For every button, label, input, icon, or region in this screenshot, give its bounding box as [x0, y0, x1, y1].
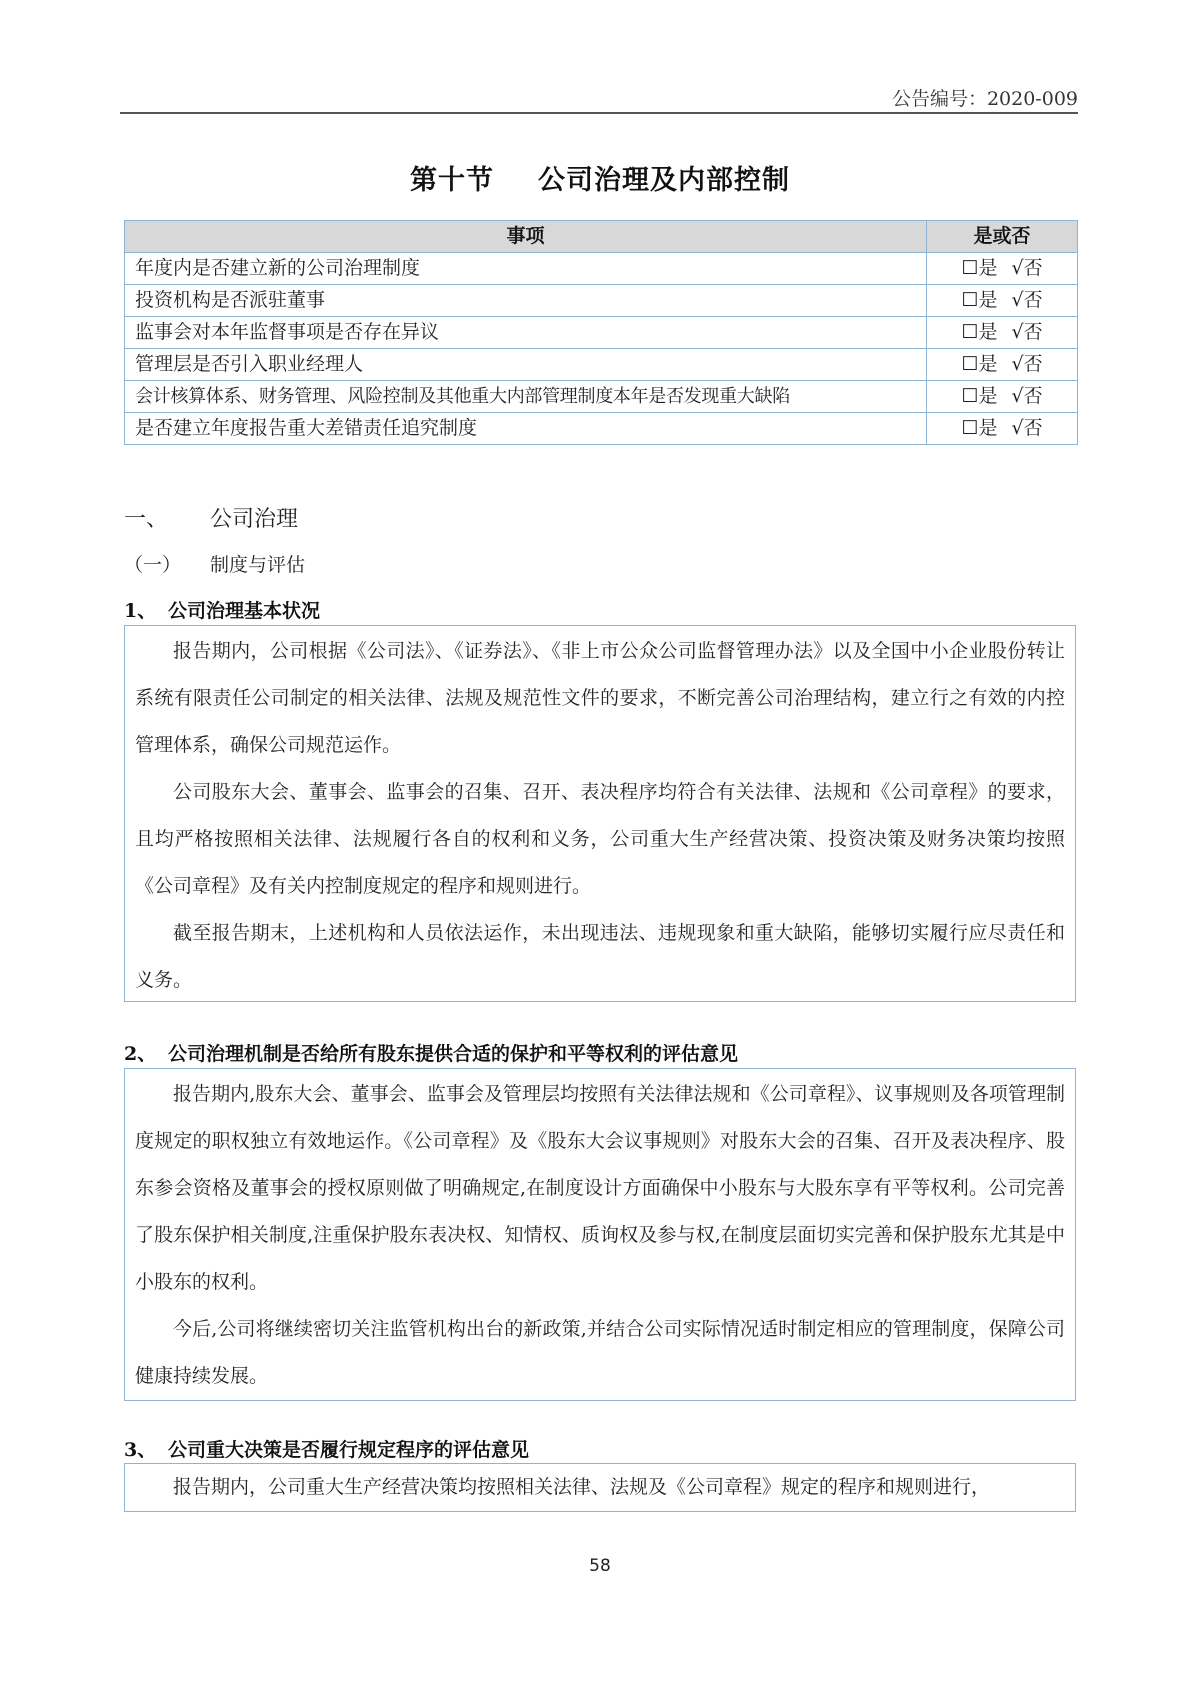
checkbox-yes-unchecked: ☐是: [961, 253, 997, 284]
checkmark-no-selected: √否: [1011, 285, 1042, 316]
row-item: 投资机构是否派驻董事: [125, 285, 927, 317]
item-number: 2、: [124, 1039, 168, 1066]
checkbox-yes-unchecked: ☐是: [961, 349, 997, 380]
row-item: 会计核算体系、财务管理、风险控制及其他重大内部管理制度本年是否发现重大缺陷: [125, 381, 927, 413]
item-title: 公司治理基本状况: [168, 600, 320, 622]
item-heading-1: 1、公司治理基本状况: [124, 596, 320, 623]
paragraph: 报告期内，公司根据《公司法》、《证券法》、《非上市公众公司监督管理办法》以及全国…: [135, 628, 1065, 769]
row-answer: ☐是√否: [927, 253, 1078, 285]
column-header-yes-no: 是或否: [927, 221, 1078, 253]
checkmark-no-selected: √否: [1011, 381, 1042, 412]
paragraph: 报告期内,股东大会、董事会、监事会及管理层均按照有关法律法规和《公司章程》、议事…: [135, 1071, 1065, 1306]
checkbox-yes-unchecked: ☐是: [961, 413, 997, 444]
item-2-content-box: 报告期内,股东大会、董事会、监事会及管理层均按照有关法律法规和《公司章程》、议事…: [124, 1068, 1076, 1401]
section-heading-number: 一、: [124, 502, 210, 533]
checkmark-no-selected: √否: [1011, 349, 1042, 380]
item-heading-2: 2、公司治理机制是否给所有股东提供合适的保护和平等权利的评估意见: [124, 1039, 738, 1066]
page-number: 58: [0, 1556, 1200, 1576]
paragraph: 公司股东大会、董事会、监事会的召集、召开、表决程序均符合有关法律、法规和《公司章…: [135, 769, 1065, 910]
governance-summary-table: 事项 是或否 年度内是否建立新的公司治理制度 ☐是√否 投资机构是否派驻董事 ☐…: [124, 220, 1078, 445]
row-item: 监事会对本年监督事项是否存在异议: [125, 317, 927, 349]
table-row: 管理层是否引入职业经理人 ☐是√否: [125, 349, 1078, 381]
checkbox-yes-unchecked: ☐是: [961, 285, 997, 316]
row-item: 年度内是否建立新的公司治理制度: [125, 253, 927, 285]
item-3-content-box: 报告期内，公司重大生产经营决策均按照相关法律、法规及《公司章程》规定的程序和规则…: [124, 1463, 1076, 1512]
item-1-content-box: 报告期内，公司根据《公司法》、《证券法》、《非上市公众公司监督管理办法》以及全国…: [124, 625, 1076, 1002]
item-title: 公司重大决策是否履行规定程序的评估意见: [168, 1439, 529, 1461]
table-row: 是否建立年度报告重大差错责任追究制度 ☐是√否: [125, 413, 1078, 445]
section-name: 公司治理及内部控制: [538, 165, 790, 196]
row-item: 是否建立年度报告重大差错责任追究制度: [125, 413, 927, 445]
row-answer: ☐是√否: [927, 349, 1078, 381]
page-title: 第十节公司治理及内部控制: [0, 158, 1200, 197]
subsection-heading-number: （一）: [124, 550, 210, 577]
row-answer: ☐是√否: [927, 413, 1078, 445]
section-heading-title: 公司治理: [210, 507, 298, 532]
table-row: 年度内是否建立新的公司治理制度 ☐是√否: [125, 253, 1078, 285]
item-heading-3: 3、公司重大决策是否履行规定程序的评估意见: [124, 1435, 529, 1462]
item-number: 1、: [124, 596, 168, 623]
checkbox-yes-unchecked: ☐是: [961, 381, 997, 412]
checkmark-no-selected: √否: [1011, 253, 1042, 284]
section-number: 第十节: [410, 165, 494, 196]
header-divider: [120, 112, 1078, 114]
section-heading-corporate-governance: 一、公司治理: [124, 502, 298, 533]
item-title: 公司治理机制是否给所有股东提供合适的保护和平等权利的评估意见: [168, 1043, 738, 1065]
table-row: 投资机构是否派驻董事 ☐是√否: [125, 285, 1078, 317]
table-row: 会计核算体系、财务管理、风险控制及其他重大内部管理制度本年是否发现重大缺陷 ☐是…: [125, 381, 1078, 413]
subsection-heading-system-evaluation: （一）制度与评估: [124, 550, 305, 577]
item-number: 3、: [124, 1435, 168, 1462]
row-answer: ☐是√否: [927, 285, 1078, 317]
paragraph: 报告期内，公司重大生产经营决策均按照相关法律、法规及《公司章程》规定的程序和规则…: [135, 1464, 1065, 1511]
subsection-heading-title: 制度与评估: [210, 554, 305, 576]
announcement-number: 公告编号：2020-009: [0, 84, 1078, 111]
row-answer: ☐是√否: [927, 317, 1078, 349]
row-answer: ☐是√否: [927, 381, 1078, 413]
column-header-item: 事项: [125, 221, 927, 253]
checkmark-no-selected: √否: [1011, 317, 1042, 348]
checkmark-no-selected: √否: [1011, 413, 1042, 444]
paragraph: 截至报告期末，上述机构和人员依法运作，未出现违法、违规现象和重大缺陷，能够切实履…: [135, 910, 1065, 1004]
table-header-row: 事项 是或否: [125, 221, 1078, 253]
row-item: 管理层是否引入职业经理人: [125, 349, 927, 381]
paragraph: 今后,公司将继续密切关注监管机构出台的新政策,并结合公司实际情况适时制定相应的管…: [135, 1306, 1065, 1400]
checkbox-yes-unchecked: ☐是: [961, 317, 997, 348]
table-row: 监事会对本年监督事项是否存在异议 ☐是√否: [125, 317, 1078, 349]
